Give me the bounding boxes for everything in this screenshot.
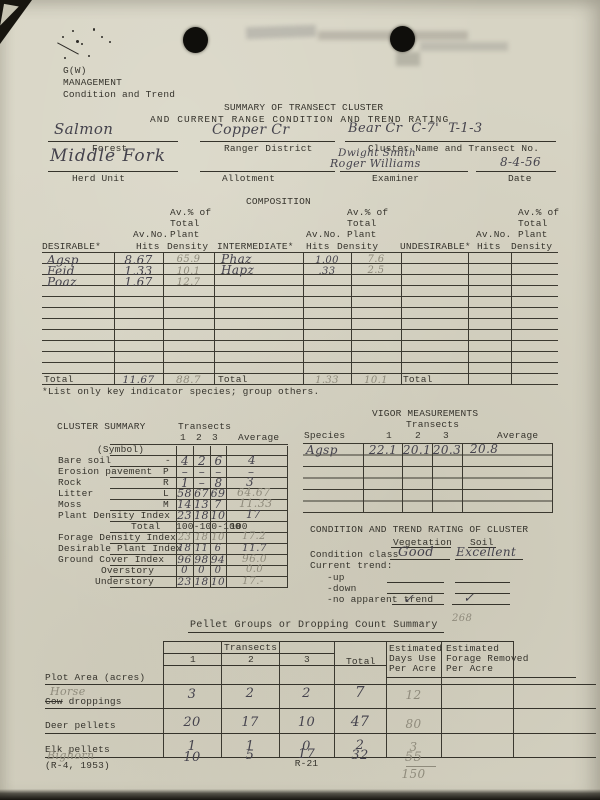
trend-up-soil-line xyxy=(455,582,510,583)
row-label: Bare soil xyxy=(58,456,111,466)
vigor-t2: 20.1 xyxy=(402,444,432,456)
trend-down-soil-line xyxy=(455,593,510,594)
herd-unit-label: Herd Unit xyxy=(72,174,125,184)
trend-down-label: -down xyxy=(327,584,357,594)
date-value: 8-4-56 xyxy=(500,156,541,168)
comp-i-hits: .33 xyxy=(303,266,351,278)
comp-h-total-2: Total xyxy=(347,219,377,229)
forest-underline xyxy=(48,141,178,142)
comp-total-label-2: Total xyxy=(218,375,248,385)
est-days-header-3: Per Acre xyxy=(389,664,436,674)
row-t1: 23 xyxy=(176,576,193,588)
condition-soil-underline xyxy=(455,559,523,560)
bighorn-days: 55 xyxy=(386,752,441,764)
row-t2: 2 xyxy=(221,688,279,700)
comp-h-density-2: Density xyxy=(337,242,378,252)
comp-total-density-2: 10.1 xyxy=(351,375,401,387)
cluster-col-1: 1 xyxy=(180,433,186,443)
row-label: droppings xyxy=(63,696,122,707)
row-t2: 18 xyxy=(193,576,210,588)
row-label: Overstory xyxy=(101,566,154,576)
pellet-title: Pellet Groups or Dropping Count Summary xyxy=(190,621,438,631)
pellet-row-line-3 xyxy=(45,733,596,734)
composition-footnote: *List only key indicator species; group … xyxy=(42,387,319,397)
pellet-row-line-2 xyxy=(45,708,596,709)
comp-h-plant-1: Plant xyxy=(170,230,200,240)
date-label: Date xyxy=(508,174,532,184)
allotment-underline xyxy=(200,171,335,172)
cluster-name-underline xyxy=(345,141,556,142)
vigor-species: Agsp xyxy=(306,444,338,456)
bighorn-t3-hand: 17 xyxy=(279,749,334,761)
row-label: Erosion pavement xyxy=(58,467,152,477)
ranger-district-underline xyxy=(200,141,335,142)
vigor-h-species: Species xyxy=(304,431,345,441)
row-total: 7 xyxy=(334,686,386,698)
examiner-label: Examiner xyxy=(372,174,419,184)
comp-i-density: 2.5 xyxy=(351,265,401,277)
herd-unit-underline xyxy=(48,171,178,172)
condition-class-veg-value: Good xyxy=(398,547,434,559)
vigor-transects-label: Transects xyxy=(406,420,459,430)
bighorn-t2: 5 xyxy=(221,750,279,762)
row-label: Forage Density Index xyxy=(58,533,176,543)
row-symbol: P xyxy=(163,467,169,477)
trend-none-soil-line xyxy=(452,604,510,605)
examiner-value-2: Roger Williams xyxy=(330,158,421,170)
comp-h-hits-2: Hits xyxy=(306,242,330,252)
row-t3: 10 xyxy=(210,576,226,588)
row-label: Understory xyxy=(95,577,154,587)
row-symbol: - xyxy=(165,456,171,466)
row-label-struck: Cow xyxy=(45,696,63,707)
stamp-smudge xyxy=(420,42,508,51)
comp-h-undesirable: UNDESIRABLE* xyxy=(400,242,471,252)
row-avg: 17 xyxy=(246,509,261,521)
row-symbol: M xyxy=(163,500,169,510)
comp-h-density-3: Density xyxy=(511,242,552,252)
stamp-smudge xyxy=(396,52,420,66)
comp-total-label-1: Total xyxy=(44,375,74,385)
comp-h-avpct-2: Av.% of xyxy=(347,208,388,218)
row-t1: 3 xyxy=(163,689,221,701)
vigor-h-1: 1 xyxy=(386,431,392,441)
ranger-district-value: Copper Cr xyxy=(212,124,290,136)
vigor-avg: 20.8 xyxy=(470,443,498,455)
stamp-smudge xyxy=(246,25,316,39)
trend-up-label: -up xyxy=(327,573,345,583)
pellet-total-header: Total xyxy=(346,657,376,667)
vigor-t1: 22.1 xyxy=(364,444,402,456)
forest-value: Salmon xyxy=(54,123,113,135)
scan-bottom-edge xyxy=(0,789,600,800)
condition-veg-underline xyxy=(390,559,450,560)
condition-class-soil-value: Excellent xyxy=(456,546,516,558)
trend-up-veg-line xyxy=(387,582,444,583)
comp-hits: 1.67 xyxy=(114,276,163,288)
comp-h-hits-1: Hits xyxy=(136,242,160,252)
pellet-pencil-note: 268 xyxy=(452,613,472,625)
form-subcategory: Condition and Trend xyxy=(63,90,175,100)
comp-h-desirable: DESIRABLE* xyxy=(42,242,101,252)
hole-punch-right xyxy=(390,26,415,52)
row-symbol: R xyxy=(163,478,169,488)
row-avg: 17.- xyxy=(242,575,264,587)
comp-h-total-3: Total xyxy=(518,219,548,229)
comp-h-plant-2: Plant xyxy=(347,230,377,240)
ranger-district-label: Ranger District xyxy=(224,144,313,154)
comp-h-density-1: Density xyxy=(167,242,208,252)
row-label: Rock xyxy=(58,478,82,488)
cluster-col-2: 2 xyxy=(196,433,202,443)
page-title: SUMMARY OF TRANSECT CLUSTER xyxy=(224,103,383,113)
row-t3: 10 xyxy=(279,717,334,729)
composition-title: COMPOSITION xyxy=(246,197,311,207)
comp-h-hits-3: Hits xyxy=(477,242,501,252)
vigor-h-2: 2 xyxy=(415,431,421,441)
row-label: Desirable Plant Index xyxy=(58,544,182,554)
row-label: Litter xyxy=(58,489,93,499)
bighorn-t1: 10 xyxy=(163,752,221,764)
vigor-h-avg: Average xyxy=(497,431,538,441)
allotment-label: Allotment xyxy=(222,174,275,184)
cluster-col-3: 3 xyxy=(212,433,218,443)
condition-class-label: Condition class xyxy=(310,550,399,560)
comp-h-avno-1: Av.No. xyxy=(133,230,168,240)
pellet-row-line-1 xyxy=(45,684,596,685)
examiner-underline xyxy=(340,171,468,172)
current-trend-label: Current trend: xyxy=(310,561,393,571)
condition-title: CONDITION AND TREND RATING OF CLUSTER xyxy=(310,525,528,535)
herd-unit-value: Middle Fork xyxy=(50,150,166,162)
comp-total-label-3: Total xyxy=(403,375,433,385)
bighorn-total: 32 xyxy=(334,750,386,762)
row-symbol: L xyxy=(163,489,169,499)
cluster-transects-label: Transects xyxy=(178,422,231,432)
comp-h-avpct-1: Av.% of xyxy=(170,208,211,218)
comp-i-species: Hapz xyxy=(221,264,254,276)
trend-none-veg-line xyxy=(392,604,444,605)
row-total: 47 xyxy=(334,716,386,728)
bighorn-days-denominator: 150 xyxy=(386,768,441,780)
row-label: Plant Density Index xyxy=(58,511,170,521)
form-number: (R-4, 1953) xyxy=(45,761,110,771)
cluster-name-value: Bear Cr C-7' T-1-3 xyxy=(348,123,483,135)
comp-total-density-1: 88.7 xyxy=(163,374,214,386)
pellet-col-1: 1 xyxy=(190,655,196,665)
row-label: Total xyxy=(131,522,161,532)
comp-density: 12.7 xyxy=(163,277,214,289)
scanned-form-page: G(W) MANAGEMENT Condition and Trend SUMM… xyxy=(0,0,600,800)
pellet-col-2: 2 xyxy=(248,655,254,665)
comp-total-hits-1: 11.67 xyxy=(114,374,163,386)
row-t3: 2 xyxy=(279,688,334,700)
pellet-transects-label: Transects xyxy=(224,643,277,653)
pellet-peracre-underline xyxy=(386,677,576,678)
cluster-summary-title: CLUSTER SUMMARY xyxy=(57,422,146,432)
comp-h-avno-2: Av.No. xyxy=(306,230,341,240)
est-forage-header-3: Per Acre xyxy=(446,664,493,674)
form-category: MANAGEMENT xyxy=(63,78,122,88)
comp-h-plant-3: Plant xyxy=(518,230,548,240)
row-days: 12 xyxy=(386,689,441,701)
form-code: G(W) xyxy=(63,66,87,76)
pellet-col-3: 3 xyxy=(304,655,310,665)
date-underline xyxy=(476,171,556,172)
vigor-title: VIGOR MEASUREMENTS xyxy=(372,409,478,419)
vigor-h-3: 3 xyxy=(443,431,449,441)
row-days: 80 xyxy=(386,718,441,730)
comp-h-total-1: Total xyxy=(170,219,200,229)
hole-punch-left xyxy=(183,27,208,53)
row-label: Moss xyxy=(58,500,82,510)
comp-h-intermediate: INTERMEDIATE* xyxy=(217,242,294,252)
comp-species: Poaz xyxy=(47,276,77,288)
row-label: Deer pellets xyxy=(45,721,116,731)
comp-h-avpct-3: Av.% of xyxy=(518,208,559,218)
row-t2: 17 xyxy=(221,717,279,729)
pellet-top-line xyxy=(163,641,514,642)
comp-density: 65.9 xyxy=(163,254,214,266)
plot-area-label: Plot Area (acres) xyxy=(45,673,145,683)
cluster-col-avg: Average xyxy=(238,433,279,443)
pellet-title-underline xyxy=(188,632,444,633)
comp-h-avno-3: Av.No. xyxy=(476,230,511,240)
row-t1: 20 xyxy=(163,717,221,729)
row-label: Ground Cover Index xyxy=(58,555,164,565)
vigor-t3: 20.3 xyxy=(432,444,462,456)
